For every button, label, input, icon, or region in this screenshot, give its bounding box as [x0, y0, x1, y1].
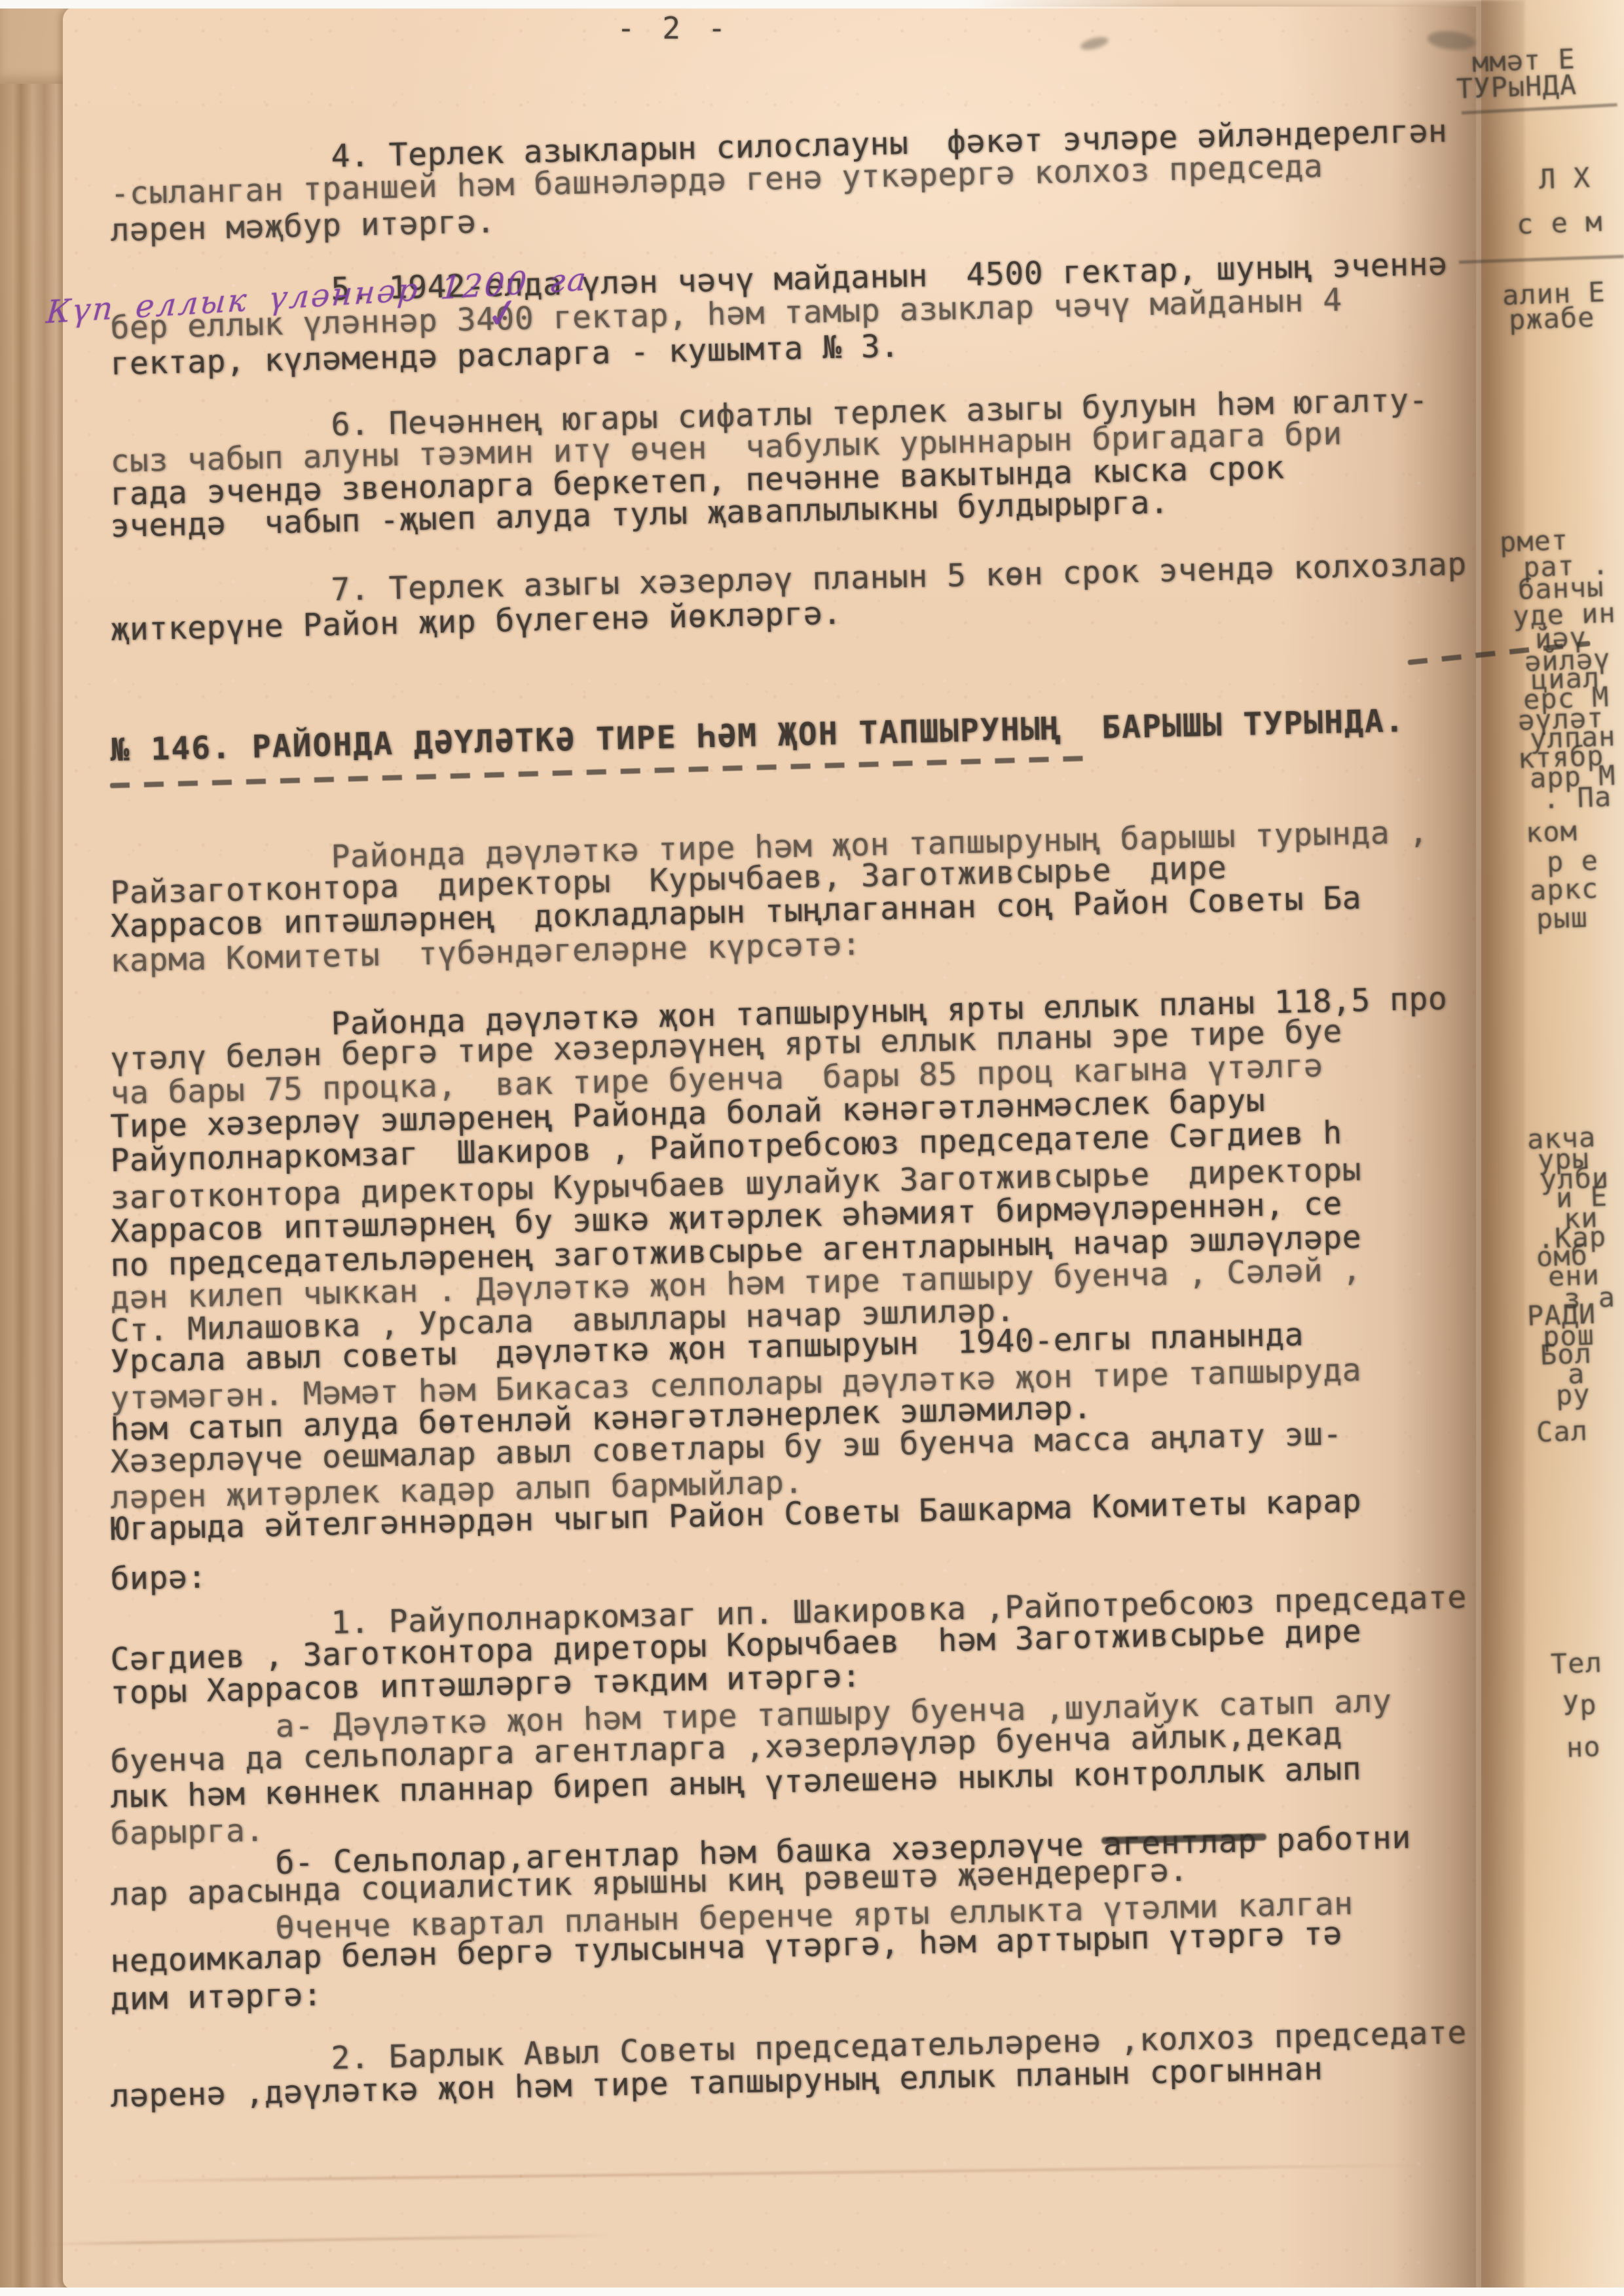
typed-line: ләрен мәҗбур итәргә.	[110, 206, 496, 246]
typed-line: бирә:	[110, 1561, 207, 1595]
scanned-document-page: - 2 - 4. Терлек азыкларын силослауны фәк…	[0, 0, 1624, 2296]
typed-text-layer: - 2 - 4. Терлек азыкларын силослауны фәк…	[0, 0, 1466, 2296]
typed-line: барырга.	[110, 1815, 265, 1850]
typed-line: дим итәргә:	[110, 1979, 322, 2015]
scanner-edge-top	[0, 0, 1179, 9]
typed-line: 7. Терлек азыгы хәзерләү планын 5 көн ср…	[331, 549, 1466, 606]
adjacent-page-edge	[1481, 0, 1624, 2296]
handwritten-checkmark: ✓	[483, 287, 523, 340]
typed-line: җиткерүне Район җир бүлегенә йөкләргә.	[110, 598, 842, 646]
page-number: - 2 -	[617, 10, 730, 46]
section-heading: № 146. РАЙОНДА ДӘҮЛӘТКӘ ТИРЕ ҺӘМ ҖОН ТАП…	[110, 705, 1405, 766]
scanner-edge-bottom	[0, 2287, 1624, 2296]
